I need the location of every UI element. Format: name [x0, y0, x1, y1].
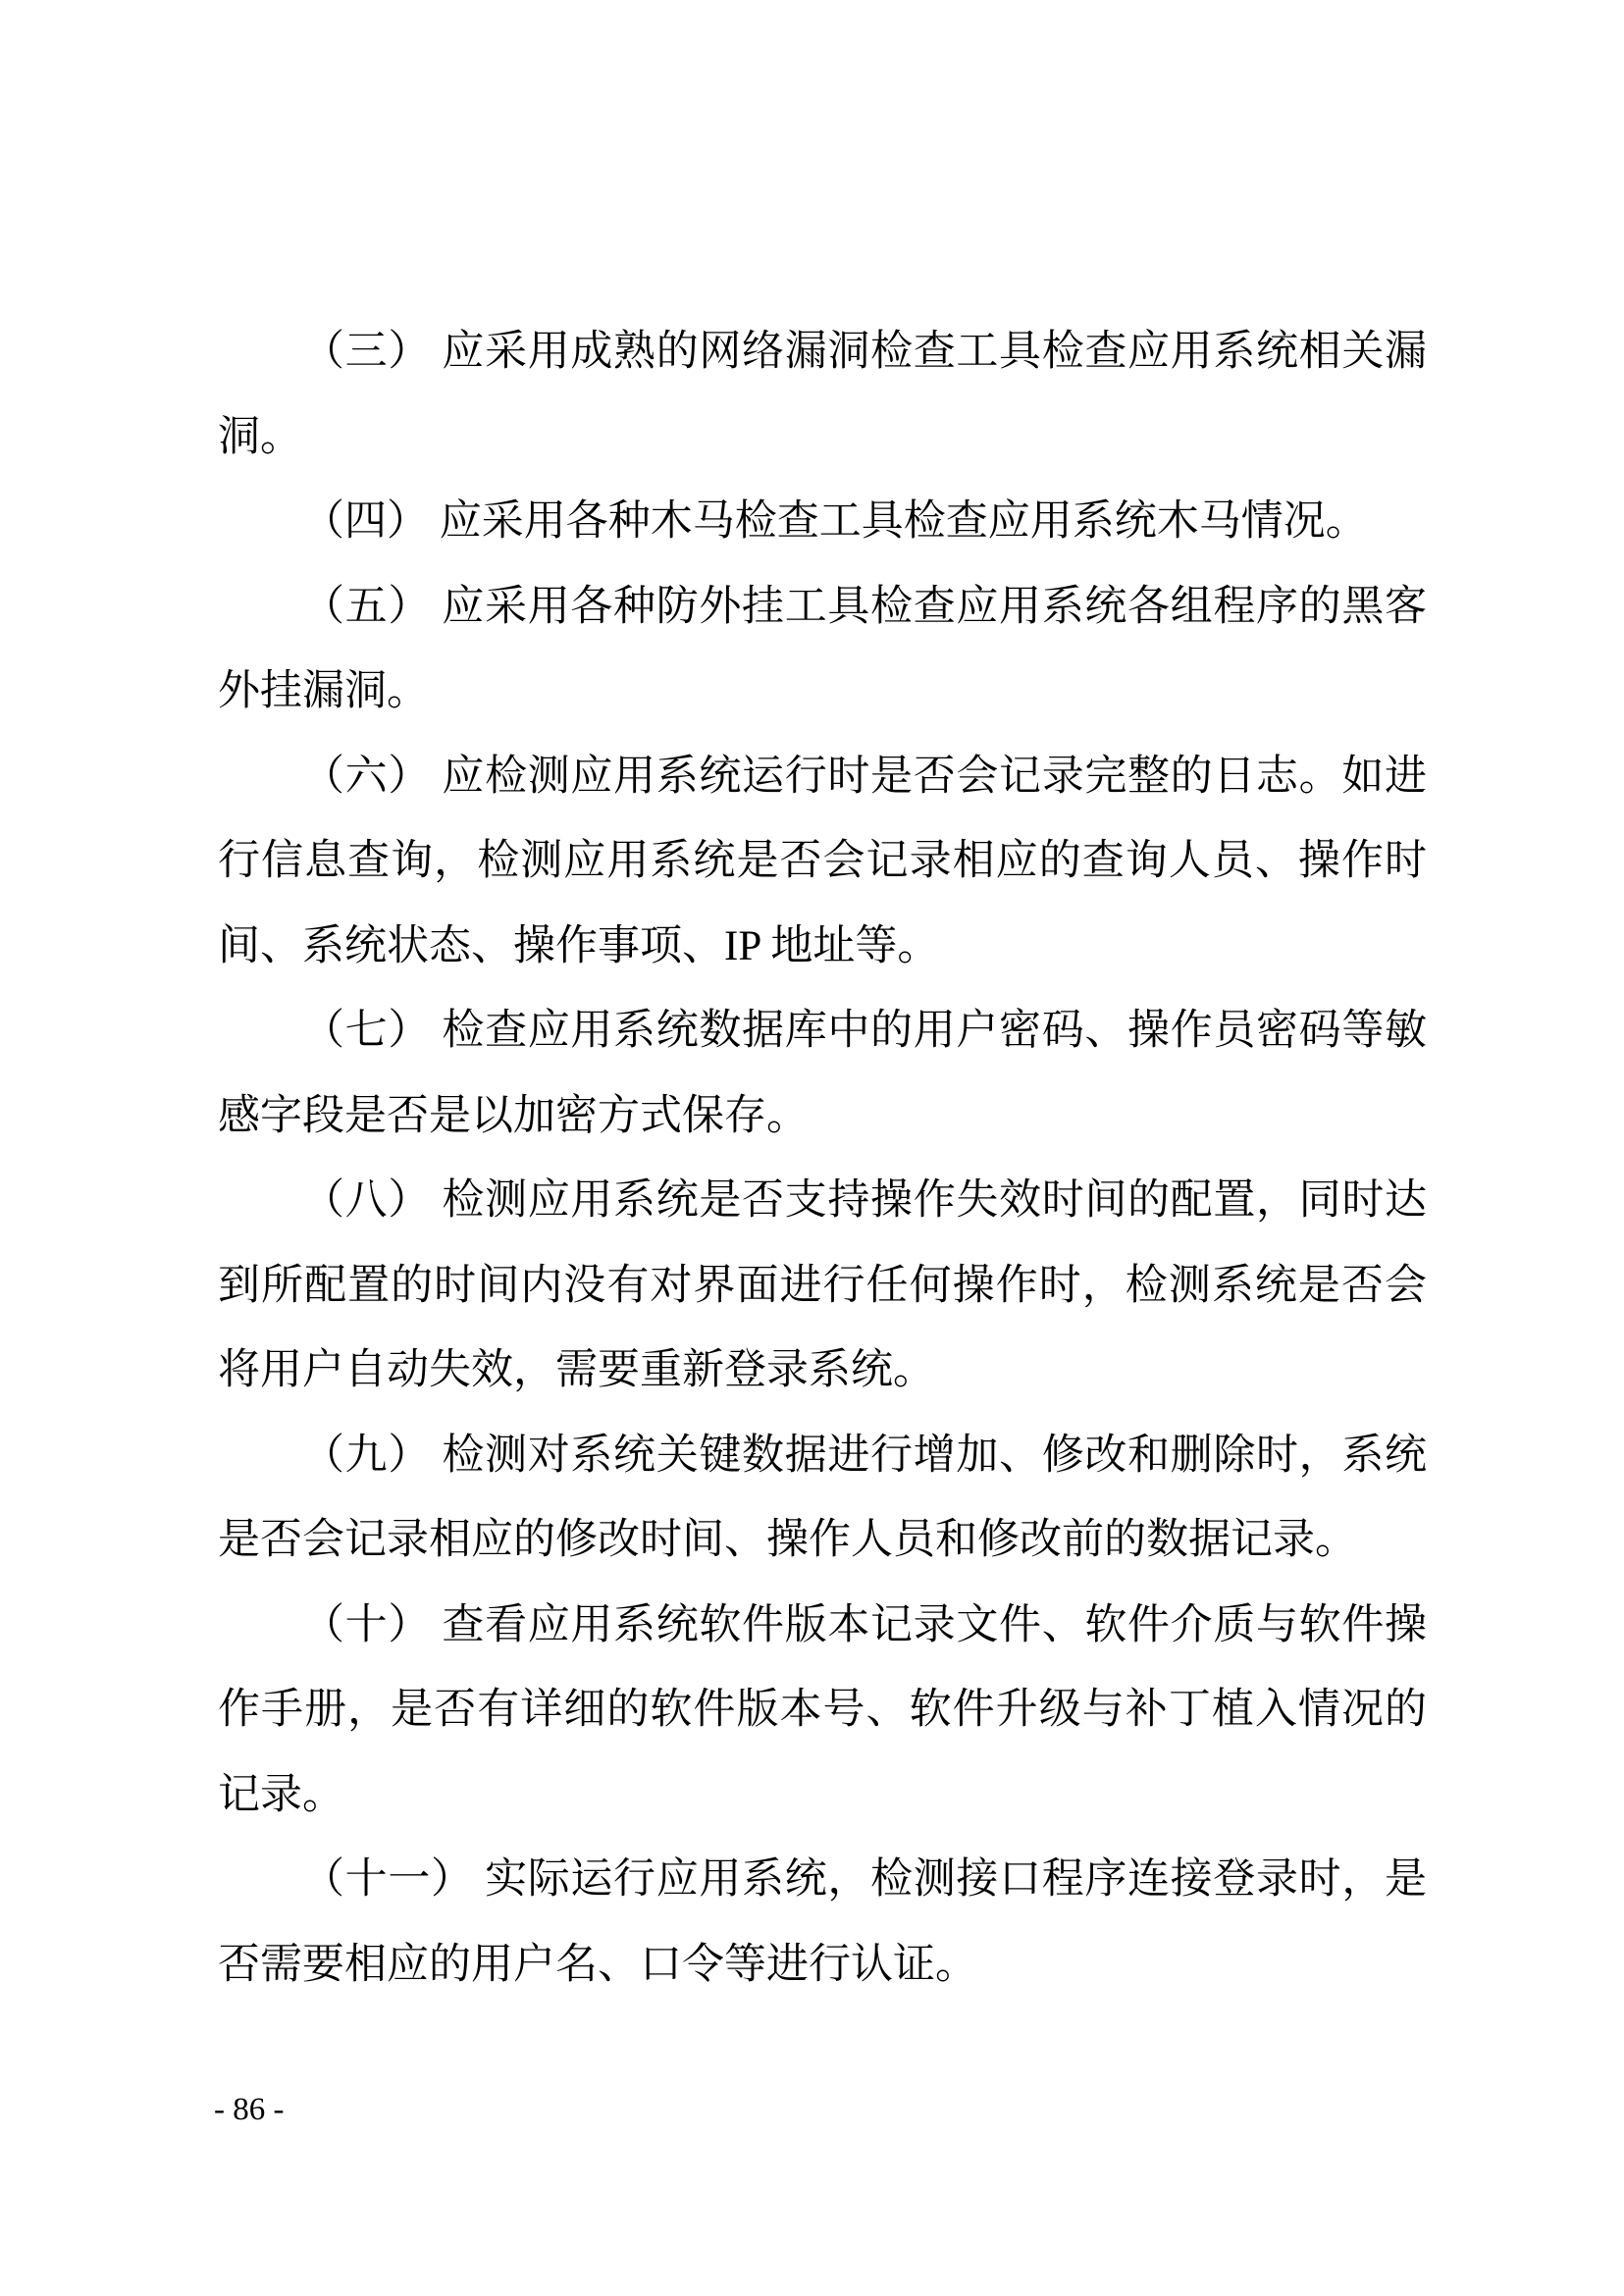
text-line: 到所配置的时间内没有对界面进行任何操作时，检测系统是否会 [218, 1244, 1427, 1330]
text-line: 外挂漏洞。 [218, 650, 1427, 735]
text-line: （十一） 实际运行应用系统，检测接口程序连接登录时，是 [218, 1838, 1427, 1923]
text-line: （六） 应检测应用系统运行时是否会记录完整的日志。如进 [218, 735, 1427, 820]
text-line: 间、系统状态、操作事项、IP 地址等。 [218, 905, 1427, 990]
text-line: （八） 检测应用系统是否支持操作失效时间的配置，同时达 [218, 1159, 1427, 1244]
text-line: 将用户自动失效，需要重新登录系统。 [218, 1329, 1427, 1414]
text-line: 洞。 [218, 395, 1427, 481]
document-page: （三） 应采用成熟的网络漏洞检查工具检查应用系统相关漏洞。（四） 应采用各种木马… [0, 0, 1624, 2296]
text-line: 否需要相应的用户名、口令等进行认证。 [218, 1923, 1427, 2009]
text-line: （十） 查看应用系统软件版本记录文件、软件介质与软件操 [218, 1584, 1427, 1669]
text-line: （五） 应采用各种防外挂工具检查应用系统各组程序的黑客 [218, 565, 1427, 651]
text-line: 是否会记录相应的修改时间、操作人员和修改前的数据记录。 [218, 1498, 1427, 1584]
text-line: 行信息查询，检测应用系统是否会记录相应的查询人员、操作时 [218, 819, 1427, 905]
document-body: （三） 应采用成熟的网络漏洞检查工具检查应用系统相关漏洞。（四） 应采用各种木马… [218, 310, 1427, 2008]
text-line: （九） 检测对系统关键数据进行增加、修改和删除时，系统 [218, 1414, 1427, 1499]
text-line: 感字段是否是以加密方式保存。 [218, 1074, 1427, 1160]
text-line: （三） 应采用成熟的网络漏洞检查工具检查应用系统相关漏 [218, 310, 1427, 395]
text-line: （四） 应采用各种木马检查工具检查应用系统木马情况。 [218, 480, 1427, 565]
text-line: 作手册，是否有详细的软件版本号、软件升级与补丁植入情况的 [218, 1668, 1427, 1753]
text-line: （七） 检查应用系统数据库中的用户密码、操作员密码等敏 [218, 989, 1427, 1074]
page-number: - 86 - [214, 2090, 284, 2129]
text-line: 记录。 [218, 1753, 1427, 1839]
